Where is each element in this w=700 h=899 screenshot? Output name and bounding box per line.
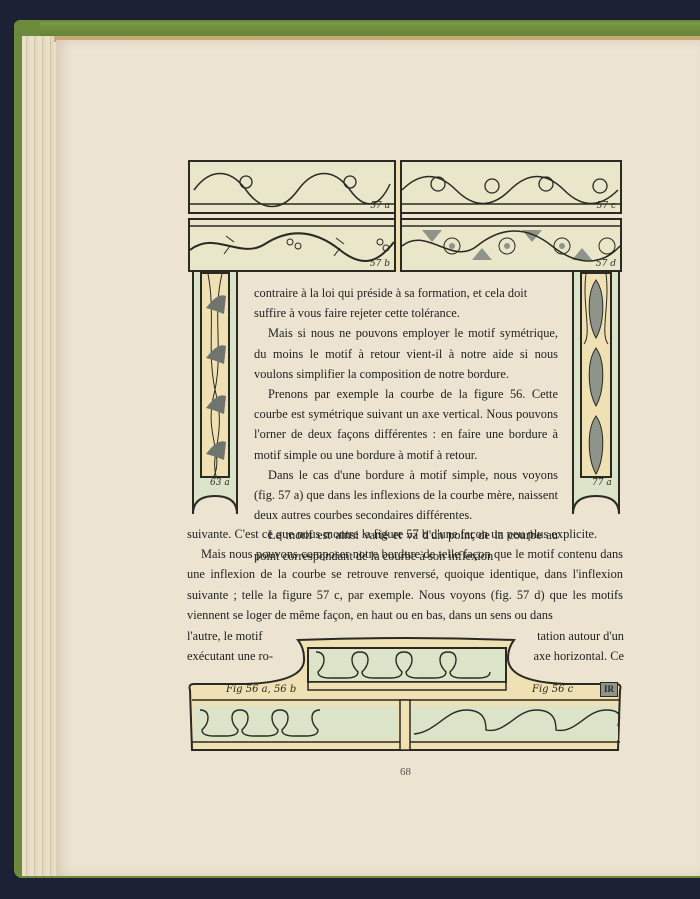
figure-label: 57 a — [370, 201, 390, 211]
vertical-band: 63 a — [192, 270, 238, 490]
figure-label: Fig 56 a, 56 b — [226, 684, 296, 695]
figure-label: 57 d — [596, 259, 616, 269]
teardrop-leaf-icon — [582, 274, 610, 476]
paragraph: Dans le cas d'une bordure à motif simple… — [254, 465, 558, 526]
cross-divider — [394, 160, 402, 272]
figure-77a-frame: 77 a — [572, 270, 620, 518]
figure-57-frame: 57 a 57 c 57 b — [188, 160, 622, 272]
leaf-panel — [580, 272, 612, 478]
figure-57a-band: 57 a — [188, 160, 396, 214]
page-edges — [22, 36, 56, 876]
paragraph: suivante. C'est ce que nous montre la fi… — [187, 524, 623, 544]
figure-label: 77 a — [592, 478, 612, 488]
paragraph: contraire à la loi qui préside à sa form… — [254, 283, 558, 303]
figure-56-frame: Fig 56 a, 56 b Fig 56 c IR — [186, 634, 626, 752]
interlaced-spiral-icon — [402, 220, 620, 270]
paragraph: Prenons par exemple la courbe de la figu… — [254, 384, 558, 465]
page-number: 68 — [400, 766, 411, 778]
scroll-ornament-icon — [190, 162, 394, 212]
ginkgo-panel — [200, 272, 230, 478]
figure-57b-band: 57 b — [188, 218, 396, 272]
paragraph: Mais nous pouvons composer notre bordure… — [187, 544, 623, 625]
bracket-foot-icon — [192, 488, 238, 518]
monogram-icon: IR — [600, 682, 618, 697]
paragraph: Mais si nous ne pouvons employer le moti… — [254, 323, 558, 384]
figure-label: 57 b — [370, 259, 390, 269]
figure-63a-frame: 63 a — [192, 270, 238, 518]
foliage-scroll-icon — [190, 220, 394, 270]
bracket-foot-icon — [572, 488, 620, 518]
wave-scroll-icon — [402, 162, 620, 212]
body-text-wide: suivante. C'est ce que nous montre la fi… — [187, 524, 623, 625]
vertical-band: 77 a — [572, 270, 620, 490]
figure-label: 57 c — [597, 201, 616, 211]
ginkgo-leaf-icon — [202, 274, 228, 476]
figure-label: 63 a — [210, 478, 230, 488]
figure-label: Fig 56 c — [532, 684, 573, 695]
paragraph: suffire à vous faire rejeter cette tolér… — [254, 303, 558, 323]
figure-57d-band: 57 d — [400, 218, 622, 272]
figure-57c-band: 57 c — [400, 160, 622, 214]
